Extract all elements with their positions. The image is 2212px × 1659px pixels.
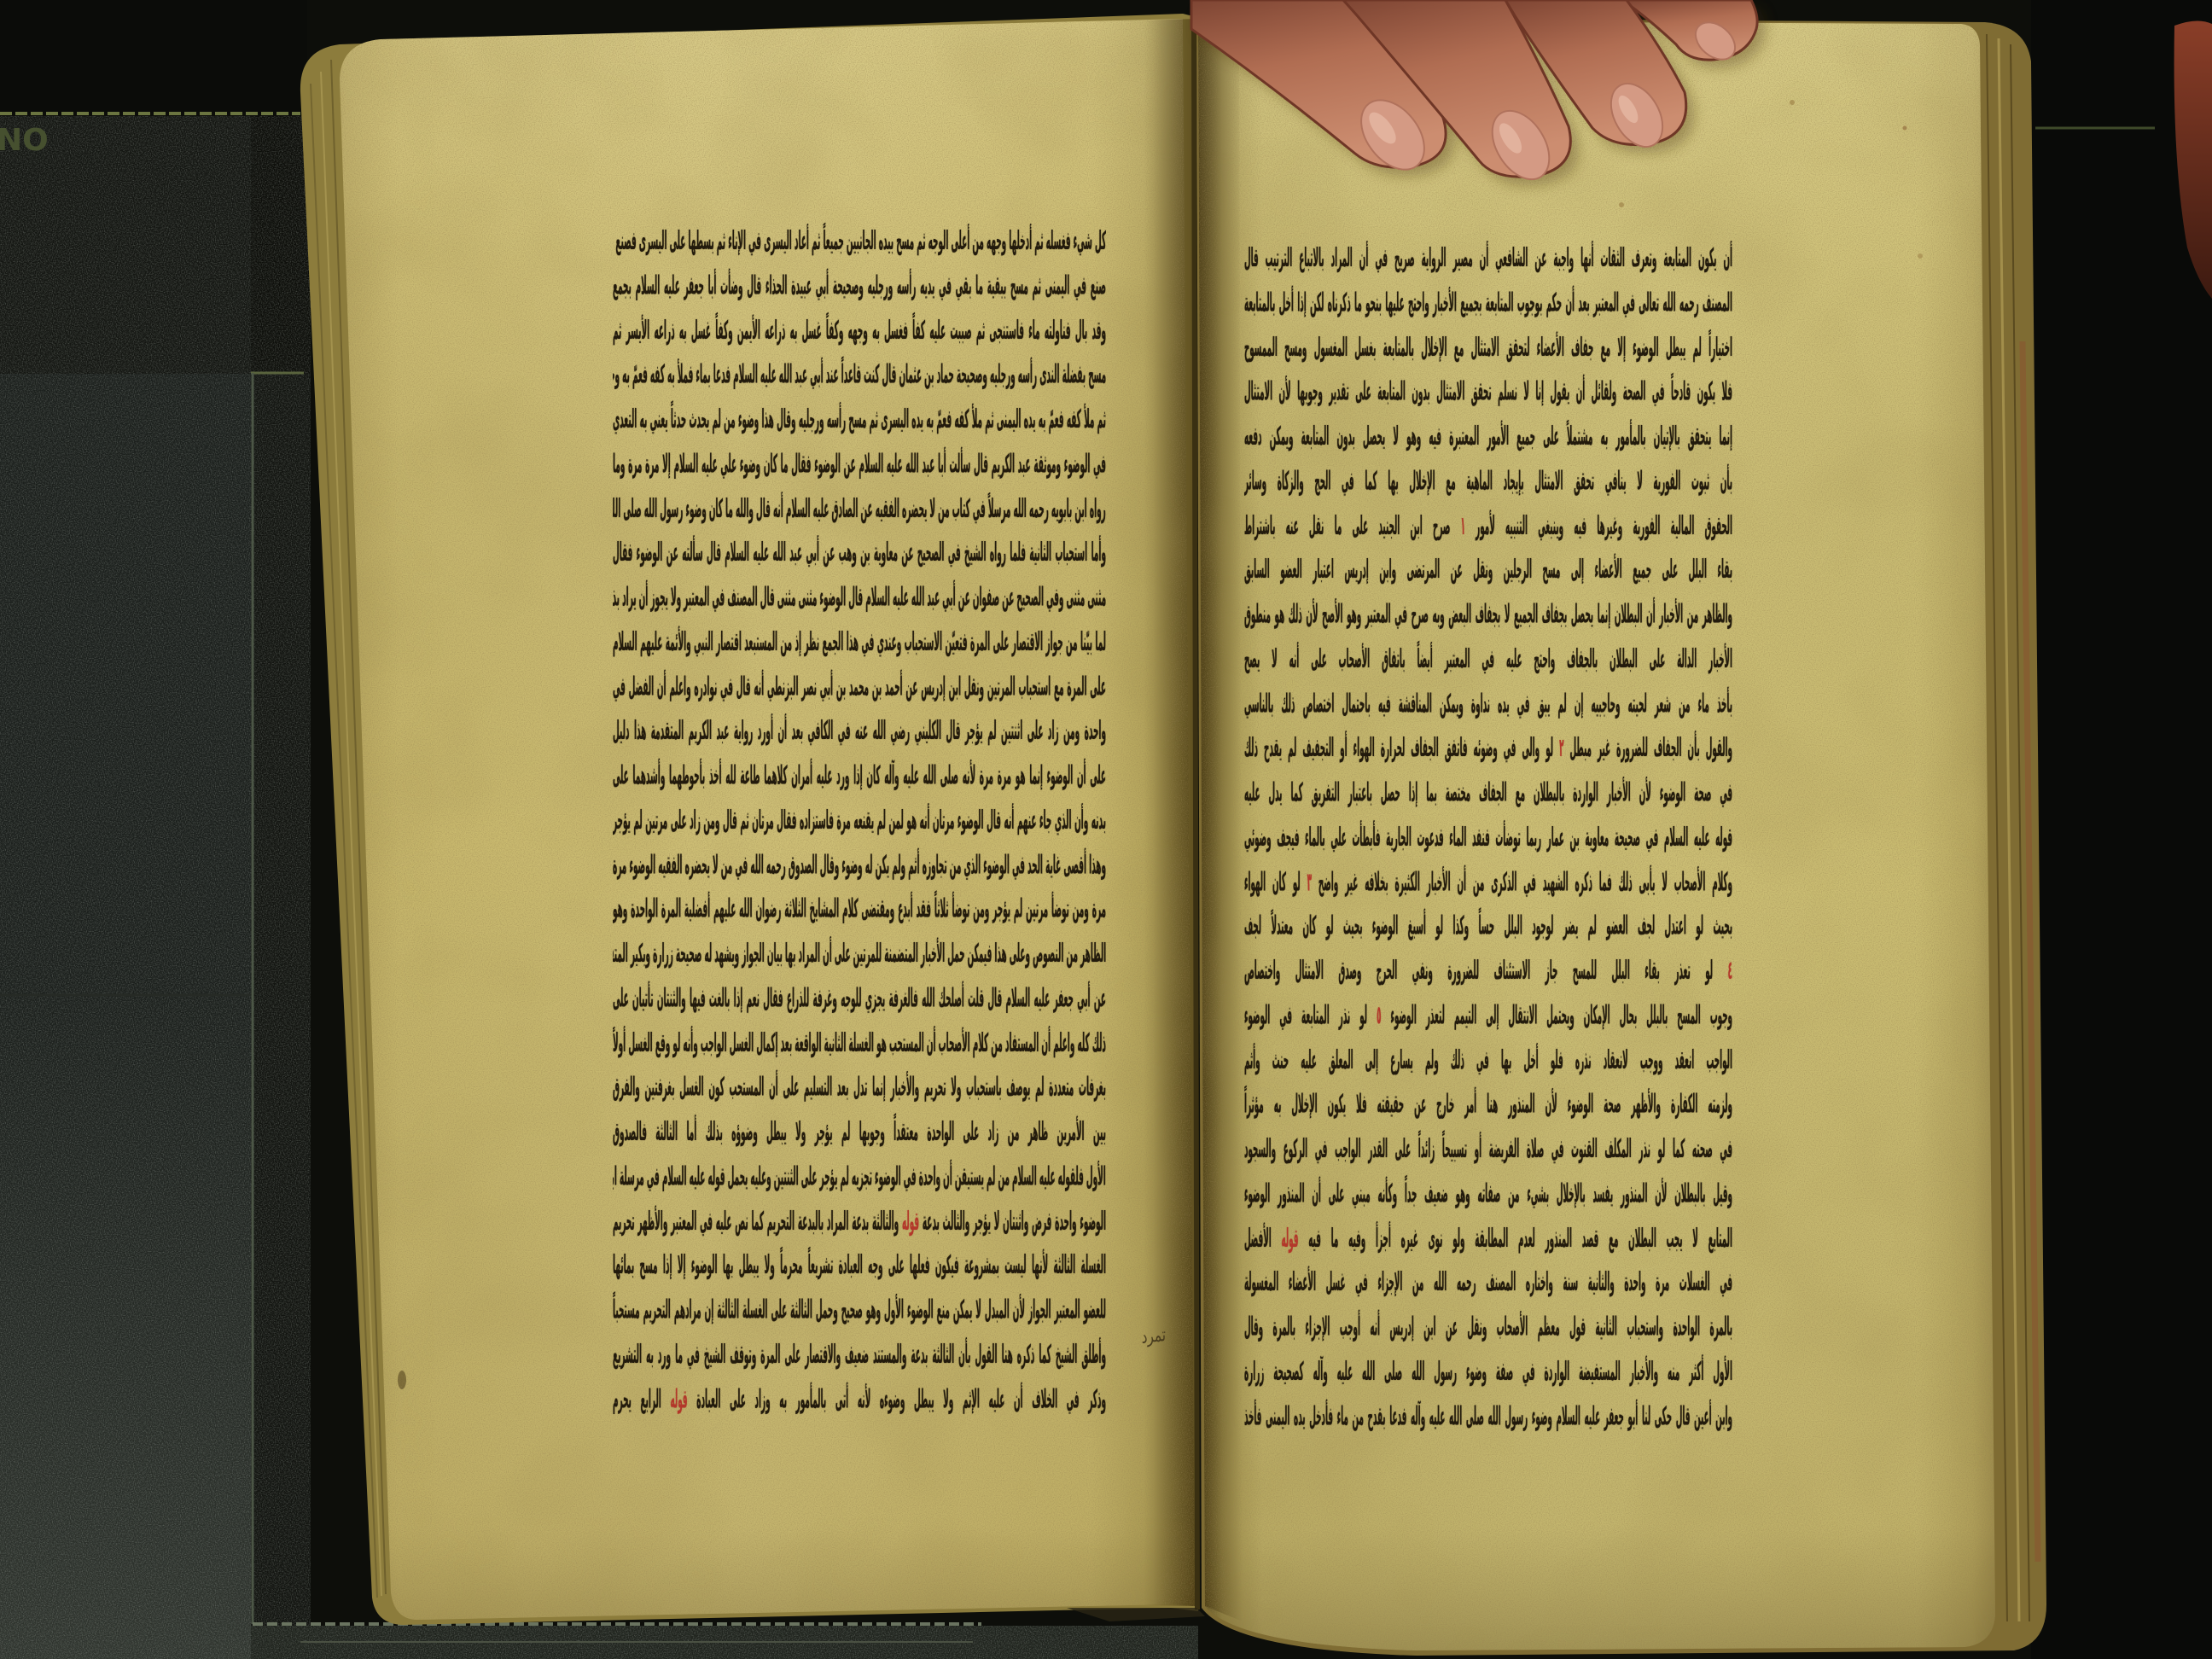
text-line: الأخبار الدالة على البطلان بالجفاف واحتج… xyxy=(1244,637,1732,682)
text-line: بحيث لو اعتدل لجف العضو لم يضر لوجود الب… xyxy=(1244,905,1732,949)
paper-grain xyxy=(299,0,2048,1659)
rubric-marker: قوله xyxy=(1282,1223,1299,1253)
text-line: رواه ابن بابويه رحمه الله مرسلاً في كتاب… xyxy=(613,486,1106,531)
text-before-rubric: والقول بأن الجفاف للضرورة غير مبطل xyxy=(1570,733,1732,763)
text-before-rubric: المتابع لا يجب البطلان مع قصد المنذور لع… xyxy=(1308,1223,1732,1253)
text-line: في الغسلات مرة واحدة والثانية سنة واختار… xyxy=(1244,1260,1732,1305)
rubric-marker: ١ xyxy=(1461,510,1465,540)
rubric-marker: ٢ xyxy=(1559,733,1563,763)
text-line: إنما يتحقق بالإتيان بالمأمور به مشتملاً … xyxy=(1244,415,1732,459)
text-line: للعضو المعتبر الجواز لأن المبدل لا يمكن … xyxy=(613,1289,1106,1333)
text-line: بدنه وأن الذي جاء عنهم أنه قال الوضوء مر… xyxy=(613,798,1106,842)
text-line: أن يكون المتابعة وتعرف الثقات أنها واجبة… xyxy=(1244,236,1732,281)
text-before-rubric: وكلام الأصحاب لا يأبى ذلك فما ذكره الشهي… xyxy=(1318,866,1732,896)
text-line: وذكر في الخلاف أن عليه الإثم ولا يبطل وض… xyxy=(613,1377,1106,1422)
text-line: الغسلة الثالثة لأنها ليست بمشروعة فيكون … xyxy=(613,1243,1106,1288)
text-after-rubric: لو تعذر بقاء البلل للمسح جاز الاستئناف ل… xyxy=(1244,956,1713,986)
text-line: في الوضوء وموثقة عبد الكريم قال سألت أبا… xyxy=(613,442,1106,486)
text-line: وقيل بالبطلان لأن المنذور يفسد بالإخلال … xyxy=(1244,1172,1732,1216)
text-line: والقول بأن الجفاف للضرورة غير مبطل ٢ لو … xyxy=(1244,726,1732,771)
text-line: واحدة ومن زاد على اثنتين لم يؤجر قال الك… xyxy=(613,709,1106,754)
table-label: NO xyxy=(0,123,49,158)
gutter-line xyxy=(1194,15,1197,1610)
text-line: مسح بفضلة الندى رأسه ورجليه وصحيحة حماد … xyxy=(613,353,1106,398)
rubric-marker: ٥ xyxy=(1377,1000,1381,1030)
photo-backdrop: NO xyxy=(0,0,2212,1659)
text-line: على المرة مع استحباب المرتين ونقل ابن إد… xyxy=(613,665,1106,709)
text-line: وكلام الأصحاب لا يأبى ذلك فما ذكره الشهي… xyxy=(1244,860,1732,905)
text-before-rubric: وذكر في الخلاف أن عليه الإثم ولا يبطل وض… xyxy=(696,1383,1106,1413)
right-page-text: أن يكون المتابعة وتعرف الثقات أنها واجبة… xyxy=(1244,236,1732,1439)
text-after-rubric: الرابع يحرم xyxy=(613,1383,661,1413)
rubric-marker: ٤ xyxy=(1728,956,1732,986)
text-line: وقد بال فناولته ماء فاستنجى ثم صببت عليه… xyxy=(613,308,1106,352)
text-line: كل شيء فغسله ثم أدخلها وجهه من أعلى الوج… xyxy=(613,219,1106,264)
text-after-rubric: لو نذر المتابعة في الوضوء xyxy=(1244,1000,1367,1030)
text-line: بأن ثبوت الفورية لا ينافي تحقق الامتثال … xyxy=(1244,459,1732,504)
text-line: بأخذ ماء من شعر لحيته وحاجبيه إن لم يبق … xyxy=(1244,682,1732,726)
text-line: صنع في اليمنى ثم مسح ببقية ما بقي في يدي… xyxy=(613,264,1106,308)
text-line: وجوب المسح بالبلل بحال الإمكان ويحتمل ال… xyxy=(1244,993,1732,1038)
text-after-rubric: لو والى في وضوئه فاتفق الجفاف لحرارة اله… xyxy=(1244,733,1553,763)
rubric-marker: ٣ xyxy=(1307,866,1312,896)
manuscript-photo: NO xyxy=(0,0,2212,1659)
text-line: مرة ومن توضأ مرتين لم يؤجر ومن توضأ ثلاث… xyxy=(613,888,1106,932)
text-line: وأما استحباب الثانية فلما رواه الشيخ في … xyxy=(613,531,1106,575)
text-line: ولزمته الكفارة والأظهر صحة الوضوء لأن ال… xyxy=(1244,1083,1732,1127)
rubric-marker: قوله xyxy=(902,1206,919,1236)
text-line: الأول فلقوله عليه السلام من لم يستيقن أن… xyxy=(613,1155,1106,1199)
text-line: المصنف رحمه الله تعالى في المعتبر بعد أن… xyxy=(1244,281,1732,325)
text-line: الحقوق المالية الفورية وغيرها فيه وينبغي… xyxy=(1244,504,1732,548)
text-line: الوضوء واحدة فرض واثنتان لا يؤجر والثالث… xyxy=(613,1199,1106,1243)
text-line: ثم ملأ كفه فعمّ به يده اليمنى ثم ملأ كفه… xyxy=(613,398,1106,442)
text-line: وابن أعين قال حكى لنا أبو جعفر عليه السل… xyxy=(1244,1394,1732,1439)
text-line: في صحته كما لو نذر المكلف القنوت في صلاة… xyxy=(1244,1127,1732,1172)
text-line: على أن الوضوء إنما هو مرة مرة لأنه صلى ا… xyxy=(613,754,1106,798)
text-line: اختياراً لم يبطل الوضوء إلا مع جفاف الأع… xyxy=(1244,325,1732,370)
margin-note: تمرد xyxy=(1124,1324,1167,1350)
text-line: ذلك كله واعلم أن المستفاد من كلام الأصحا… xyxy=(613,1021,1106,1065)
text-after-rubric: الأفضل xyxy=(1244,1223,1272,1253)
text-line: المتابع لا يجب البطلان مع قصد المنذور لع… xyxy=(1244,1216,1732,1260)
text-line: عن أبي جعفر عليه السلام قال قلت أصلحك ال… xyxy=(613,976,1106,1021)
text-line: بغرفات متعددة لم يوصف باستحباب ولا تحريم… xyxy=(613,1066,1106,1110)
text-line: في صحة الوضوء لأن الأخبار الواردة بالبطل… xyxy=(1244,771,1732,815)
text-line: بالمرة الواحدة واستحباب الثانية قول معظم… xyxy=(1244,1306,1732,1350)
text-after-rubric: صرح ابن الجنيد على ما نقل عنه باشتراط xyxy=(1244,510,1450,540)
text-line: والظاهر من الأخبار أن البطلان إنما يحصل … xyxy=(1244,593,1732,637)
text-after-rubric: والثالثة بدعة المراد بالبدعة التحريم كما… xyxy=(613,1206,899,1236)
text-line: بقاء البلل على جميع الأعضاء إلى مسح الرج… xyxy=(1244,548,1732,592)
table-top-region xyxy=(0,0,307,113)
text-line: مثنى مثنى وفي الصحيح عن صفوان عن أبي عبد… xyxy=(613,576,1106,620)
text-line: بين الأمرين ظاهر من زاد على الواحدة معتق… xyxy=(613,1110,1106,1155)
text-line: الظاهر من النصوص وعلى هذا فيمكن حمل الأخ… xyxy=(613,932,1106,976)
dark-right-region xyxy=(2031,0,2212,1659)
text-line: الأول أكثر منه والأخبار المستفيضة الوارد… xyxy=(1244,1350,1732,1394)
text-line: وأطلق الشيخ كما ذكره هنا القول بأن الثال… xyxy=(613,1333,1106,1377)
text-line: قوله عليه السلام في صحيحة معاوية بن عمار… xyxy=(1244,815,1732,859)
text-before-rubric: الحقوق المالية الفورية وغيرها فيه وينبغي… xyxy=(1476,510,1732,540)
text-before-rubric: وجوب المسح بالبلل بحال الإمكان ويحتمل ال… xyxy=(1390,1000,1732,1030)
text-before-rubric: الوضوء واحدة فرض واثنتان لا يؤجر والثالث… xyxy=(923,1206,1106,1236)
text-line: وهذا أقصى غاية الحد في الوضوء الذي من تج… xyxy=(613,843,1106,888)
text-after-rubric: لو كان الهواء xyxy=(1244,866,1301,896)
text-line: الواجب انعقد ووجب لانعقاد نذره فلو أخل ب… xyxy=(1244,1038,1732,1082)
text-line: فلا يكون قادحاً في الصحة ولقائل أن يقول … xyxy=(1244,370,1732,415)
text-line: لما بيّنا من جواز الاقتصار على المرة فتع… xyxy=(613,620,1106,665)
left-page-text: كل شيء فغسله ثم أدخلها وجهه من أعلى الوج… xyxy=(613,219,1106,1422)
rubric-marker: قوله xyxy=(670,1383,687,1413)
text-line: ٤ لو تعذر بقاء البلل للمسح جاز الاستئناف… xyxy=(1244,949,1732,993)
